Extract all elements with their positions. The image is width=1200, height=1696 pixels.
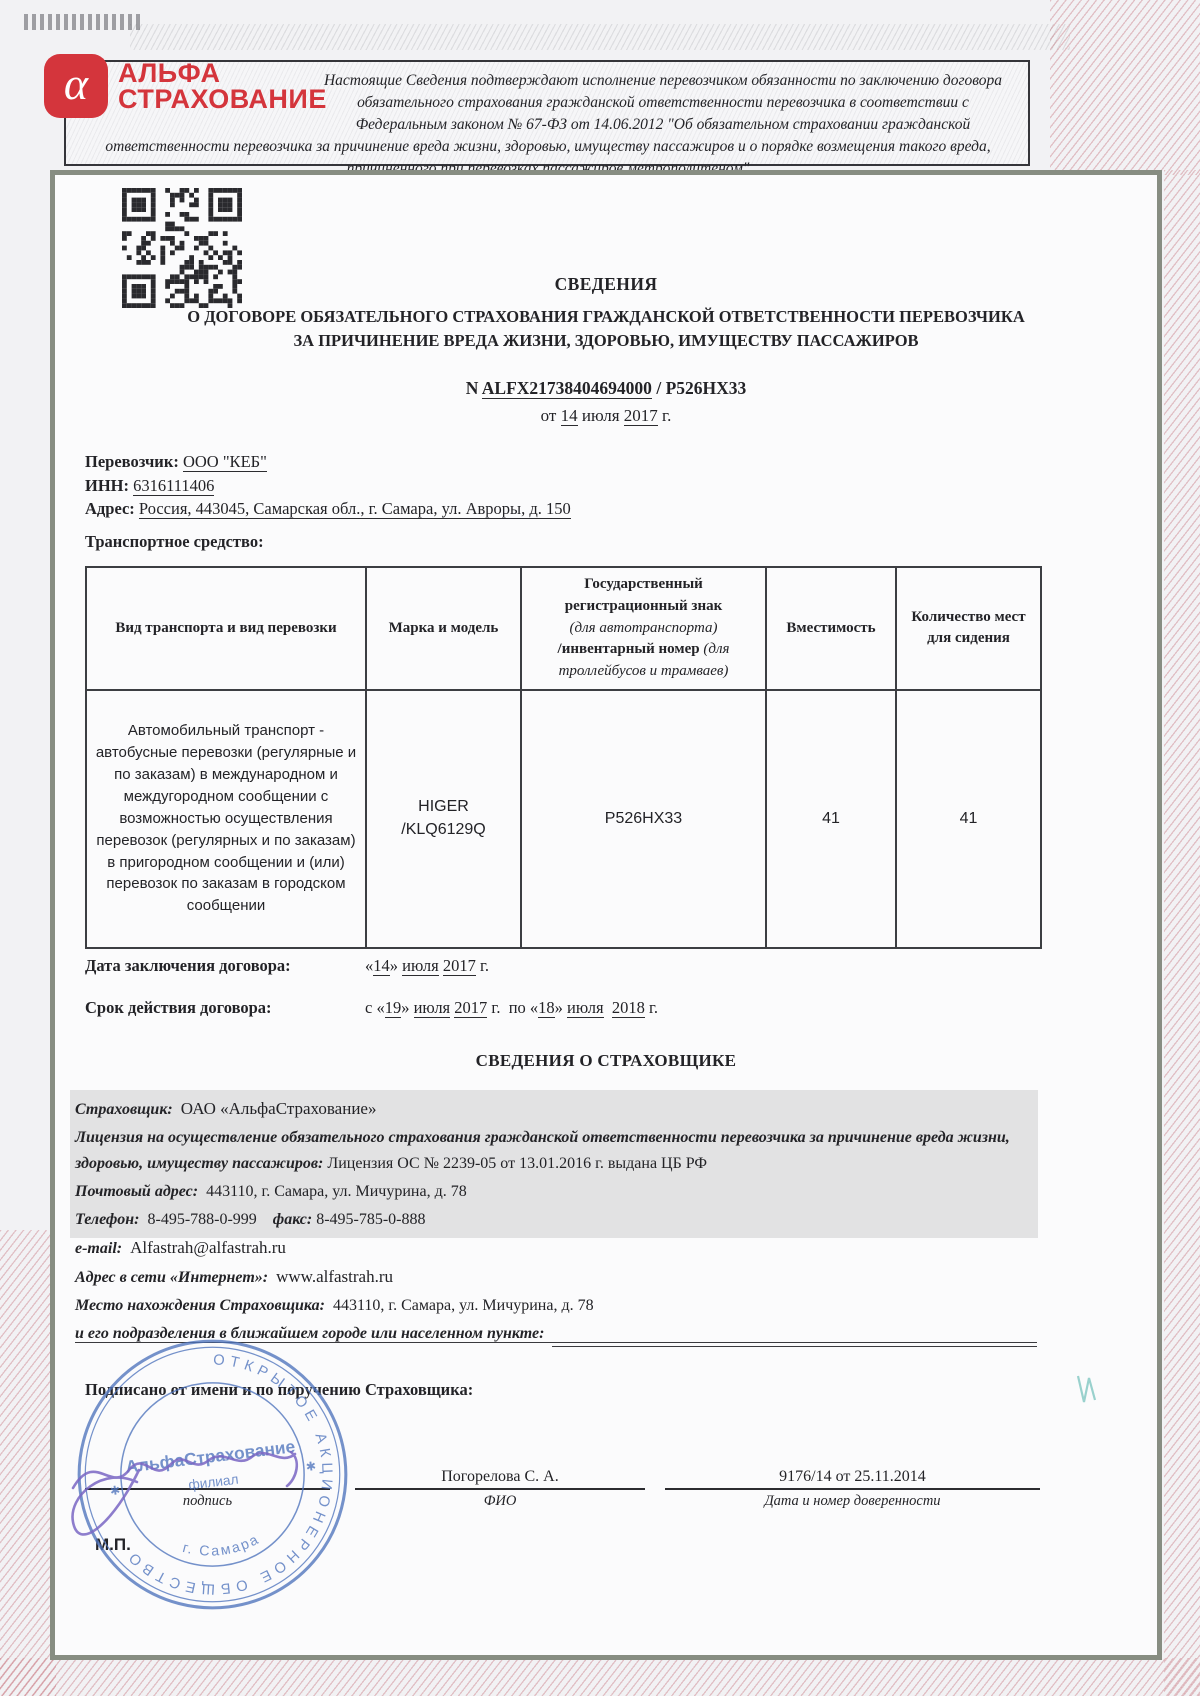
poa-line: 9176/14 от 25.11.2014 (665, 1438, 1040, 1490)
year-abbr: г. (491, 998, 500, 1017)
date-year: 2017 (624, 406, 658, 426)
website-label: Адрес в сети «Интернет»: (75, 1269, 268, 1286)
scanned-insurance-certificate: Настоящие Сведения подтверждают исполнен… (0, 0, 1200, 1696)
insurer-name-value: ОАО «АльфаСтрахование» (181, 1099, 377, 1118)
document-subtitle: О ДОГОВОРЕ ОБЯЗАТЕЛЬНОГО СТРАХОВАНИЯ ГРА… (50, 305, 1162, 353)
alfastrakhovanie-logo: α АЛЬФА СТРАХОВАНИЕ (44, 54, 327, 118)
carrier-block: Перевозчик: ООО "КЕБ" ИНН: 6316111406 Ад… (85, 450, 571, 521)
carrier-value: ООО "КЕБ" (183, 452, 267, 472)
postal-line: Почтовый адрес: 443110, г. Самара, ул. М… (75, 1179, 1037, 1205)
conclusion-month: июля (402, 956, 439, 976)
term-value: с «19» июля 2017 г. по «18» июля 2018 г. (365, 998, 658, 1018)
reg-header-note1: (для автотранспорта) (530, 618, 757, 640)
col-header-reg-number: Государственный регистрационный знак (дл… (521, 567, 766, 690)
document-title: СВЕДЕНИЯ (50, 274, 1162, 295)
website-value: www.alfastrah.ru (276, 1267, 393, 1286)
email-label: e-mail: (75, 1240, 122, 1257)
inn-line: ИНН: 6316111406 (85, 474, 571, 498)
email-line: e-mail: Alfastrah@alfastrah.ru (75, 1235, 1037, 1262)
vehicle-table-header-row: Вид транспорта и вид перевозки Марка и м… (86, 567, 1041, 690)
license-value: Лицензия ОС № 2239-05 от 13.01.2016 г. в… (327, 1155, 707, 1172)
insurer-block: Страховщик: ОАО «АльфаСтрахование» Лицен… (75, 1096, 1037, 1347)
vehicle-section-label: Транспортное средство: (85, 532, 264, 552)
phone-value: 8-495-788-0-999 (147, 1211, 256, 1228)
quote-open: « (365, 956, 373, 975)
reg-header-sub: /инвентарный номер (558, 641, 700, 657)
phone-label: Телефон: (75, 1211, 139, 1228)
reg-header-main: Государственный регистрационный знак (530, 574, 757, 618)
scan-hatch-right (1164, 170, 1200, 1696)
cell-reg-plate: P526HX33 (521, 690, 766, 948)
fio-line: Погорелова С. А. (355, 1438, 645, 1490)
term-label: Срок действия договора: (85, 998, 365, 1018)
branch-blank-line (552, 1327, 1037, 1347)
contract-number-line: N ALFX21738404694000 / P526HX33 (50, 378, 1162, 399)
contract-number-separator: / (656, 378, 661, 398)
conclusion-date-label: Дата заключения договора: (85, 956, 365, 976)
year-abbr: г. (649, 998, 658, 1017)
quote-close: » (390, 956, 398, 975)
col-header-transport-type: Вид транспорта и вид перевозки (86, 567, 366, 690)
quote-close: » (401, 998, 409, 1017)
alpha-logo-icon: α (44, 54, 108, 118)
phone-line: Телефон: 8-495-788-0-999 факс: 8-495-785… (75, 1207, 1037, 1233)
scan-hatch-topright (1050, 0, 1200, 175)
address-value: Россия, 443045, Самарская обл., г. Самар… (139, 499, 571, 519)
term-end-day: 18 (538, 998, 555, 1018)
date-year-abbr: г. (662, 406, 671, 425)
cell-seats: 41 (896, 690, 1041, 948)
postal-label: Почтовый адрес: (75, 1183, 198, 1200)
col-header-seats: Количество мест для сидения (896, 567, 1041, 690)
date-prefix: от (541, 406, 557, 425)
term-from-prefix: с (365, 998, 372, 1017)
logo-line1: АЛЬФА (118, 60, 327, 86)
address-line: Адрес: Россия, 443045, Самарская обл., г… (85, 497, 571, 521)
inn-value: 6316111406 (133, 476, 214, 496)
scan-mark-topleft (24, 14, 144, 30)
vehicle-model: /KLQ6129Q (375, 819, 512, 841)
conclusion-year-abbr: г. (480, 956, 489, 975)
fio-value: Погорелова С. А. (441, 1468, 558, 1486)
location-line: Место нахождения Страховщика: 443110, г.… (75, 1293, 1037, 1319)
conclusion-date-row: Дата заключения договора: «14» июля 2017… (85, 956, 1045, 976)
location-label: Место нахождения Страховщика: (75, 1297, 325, 1314)
fio-field: Погорелова С. А. ФИО (355, 1438, 645, 1510)
conclusion-year: 2017 (443, 956, 476, 976)
term-end-year: 2018 (612, 998, 645, 1018)
contract-number-prefix: N (466, 378, 479, 398)
insurer-name-label: Страховщик: (75, 1101, 173, 1118)
poa-caption: Дата и номер доверенности (665, 1493, 1040, 1510)
poa-value: 9176/14 от 25.11.2014 (779, 1468, 926, 1486)
vehicle-table: Вид транспорта и вид перевозки Марка и м… (85, 566, 1042, 949)
date-month: июля (582, 406, 620, 425)
stray-ink-mark (1075, 1372, 1101, 1406)
subtitle-line2: ЗА ПРИЧИНЕНИЕ ВРЕДА ЖИЗНИ, ЗДОРОВЬЮ, ИМУ… (50, 329, 1162, 353)
cell-make-model: HIGER /KLQ6129Q (366, 690, 521, 948)
term-row: Срок действия договора: с «19» июля 2017… (85, 998, 1045, 1018)
contract-plate: P526HX33 (666, 378, 747, 398)
vehicle-make: HIGER (375, 796, 512, 818)
carrier-line: Перевозчик: ООО "КЕБ" (85, 450, 571, 474)
fax-label: факс: (273, 1211, 312, 1228)
contract-number: ALFX21738404694000 (482, 378, 652, 399)
postal-value: 443110, г. Самара, ул. Мичурина, д. 78 (206, 1183, 467, 1200)
term-end-month: июля (567, 998, 604, 1018)
cell-transport-type: Автомобильный транспорт - автобусные пер… (86, 690, 366, 948)
term-to-prefix: по (509, 998, 526, 1017)
col-header-make-model: Марка и модель (366, 567, 521, 690)
date-day: 14 (561, 406, 578, 426)
scan-hatch-left (0, 1230, 56, 1696)
reg-header-sub-line: /инвентарный номер (для троллейбусов и т… (530, 639, 757, 683)
conclusion-date-value: «14» июля 2017 г. (365, 956, 489, 976)
vehicle-table-row: Автомобильный транспорт - автобусные пер… (86, 690, 1041, 948)
fax-value: 8-495-785-0-888 (316, 1211, 425, 1228)
logo-wordmark: АЛЬФА СТРАХОВАНИЕ (118, 60, 327, 112)
document-content: СВЕДЕНИЯ О ДОГОВОРЕ ОБЯЗАТЕЛЬНОГО СТРАХО… (50, 170, 1162, 1660)
scan-hatch-top (130, 24, 1070, 50)
inn-label: ИНН: (85, 476, 129, 495)
license-line: Лицензия на осуществление обязательного … (75, 1125, 1037, 1177)
term-start-year: 2017 (454, 998, 487, 1018)
quote-close: » (555, 998, 563, 1017)
term-start-month: июля (414, 998, 451, 1018)
contract-date-line: от 14 июля 2017 г. (50, 406, 1162, 426)
location-value: 443110, г. Самара, ул. Мичурина, д. 78 (333, 1297, 594, 1314)
email-value: Alfastrah@alfastrah.ru (130, 1238, 286, 1257)
logo-line2: СТРАХОВАНИЕ (118, 86, 327, 112)
website-line: Адрес в сети «Интернет»: www.alfastrah.r… (75, 1264, 1037, 1291)
quote-open: « (530, 998, 538, 1017)
quote-open: « (376, 998, 384, 1017)
carrier-label: Перевозчик: (85, 452, 179, 471)
col-header-capacity: Вместимость (766, 567, 896, 690)
insurer-heading: СВЕДЕНИЯ О СТРАХОВЩИКЕ (50, 1051, 1162, 1071)
address-label: Адрес: (85, 499, 135, 518)
conclusion-day: 14 (373, 956, 390, 976)
insurer-name-line: Страховщик: ОАО «АльфаСтрахование» (75, 1096, 1037, 1123)
fio-caption: ФИО (355, 1493, 645, 1510)
poa-field: 9176/14 от 25.11.2014 Дата и номер довер… (665, 1438, 1040, 1510)
scan-hatch-bottom (0, 1658, 1200, 1696)
signature-scribble (55, 1408, 355, 1538)
cell-capacity: 41 (766, 690, 896, 948)
term-start-day: 19 (385, 998, 402, 1018)
subtitle-line1: О ДОГОВОРЕ ОБЯЗАТЕЛЬНОГО СТРАХОВАНИЯ ГРА… (50, 305, 1162, 329)
